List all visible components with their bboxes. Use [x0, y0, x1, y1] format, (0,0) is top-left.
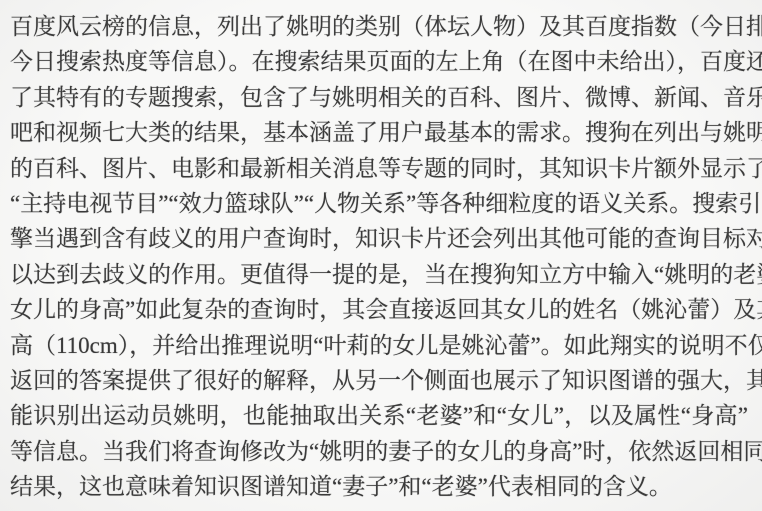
paragraph-line: 今日搜索热度等信息）。在搜索结果页面的左上角（在图中未给出），百度还展示 [10, 44, 748, 79]
body-paragraph: 百度风云榜的信息，列出了姚明的类别（体坛人物）及其百度指数（今日排名和 今日搜索… [10, 9, 748, 504]
paragraph-line: 女儿的身高”如此复杂的查询时，其会直接返回其女儿的姓名（姚沁蕾）及其身 [10, 292, 748, 327]
paragraph-line: 返回的答案提供了很好的解释，从另一个侧面也展示了知识图谱的强大，其不仅 [10, 363, 748, 398]
paragraph-line: 能识别出运动员姚明，也能抽取出关系“老婆”和“女儿”，以及属性“身高” [10, 398, 748, 433]
paragraph-line: 高（110cm），并给出推理说明“叶莉的女儿是姚沁蕾”。如此翔实的说明不仅为 [10, 328, 748, 363]
paragraph-line: 擎当遇到含有歧义的用户查询时，知识卡片还会列出其他可能的查询目标对象， [10, 221, 748, 256]
paragraph-line: 等信息。当我们将查询修改为“姚明的妻子的女儿的身高”时，依然返回相同的 [10, 434, 748, 469]
paragraph-line-last: 结果，这也意味着知识图谱知道“妻子”和“老婆”代表相同的含义。 [10, 469, 748, 504]
paragraph-line: 了其特有的专题搜索，包含了与姚明相关的百科、图片、微博、新闻、音乐、贴 [10, 80, 748, 115]
paragraph-line: 的百科、图片、电影和最新相关消息等专题的同时，其知识卡片额外显示了诸如 [10, 151, 748, 186]
paragraph-line: 以达到去歧义的作用。更值得一提的是，当在搜狗知立方中输入“姚明的老婆的 [10, 257, 748, 292]
paragraph-line: 百度风云榜的信息，列出了姚明的类别（体坛人物）及其百度指数（今日排名和 [10, 9, 748, 44]
paragraph-line: 吧和视频七大类的结果，基本涵盖了用户最基本的需求。搜狗在列出与姚明相关 [10, 115, 748, 150]
paragraph-line: “主持电视节目”“效力篮球队”“人物关系”等各种细粒度的语义关系。搜索引 [10, 186, 748, 221]
document-page: 百度风云榜的信息，列出了姚明的类别（体坛人物）及其百度指数（今日排名和 今日搜索… [0, 0, 762, 511]
